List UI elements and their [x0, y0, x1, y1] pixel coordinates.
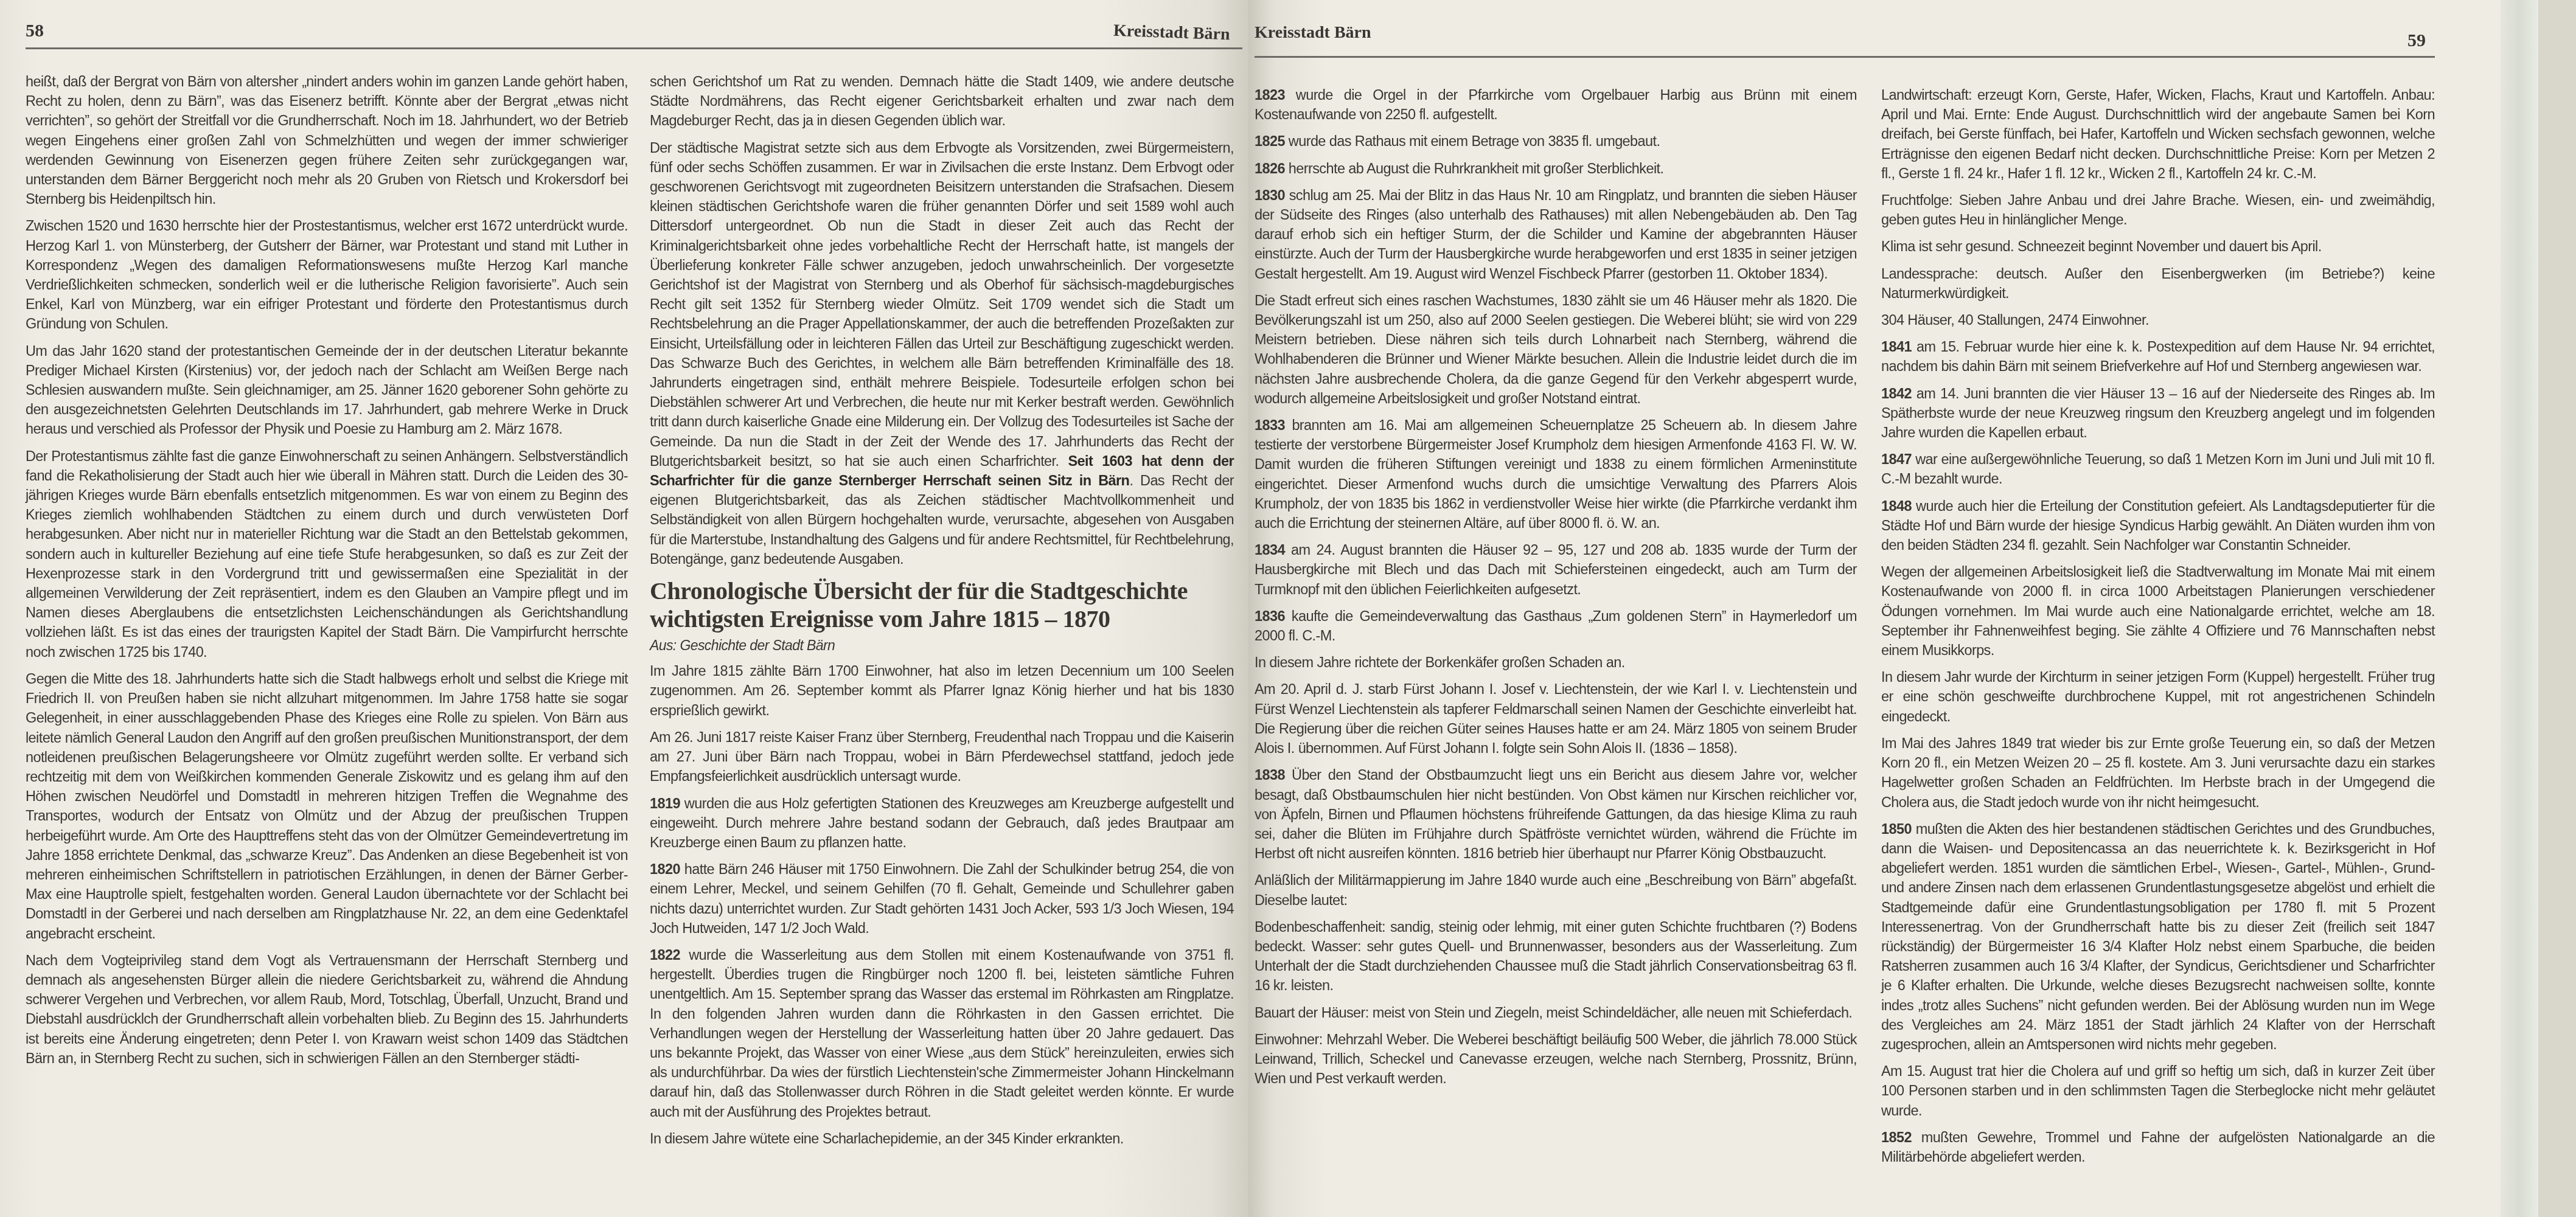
page-edge: [2501, 0, 2538, 1217]
paragraph-text: Der städtische Magistrat setzte sich aus…: [650, 140, 1234, 469]
chronology-entry: 1848 wurde auch hier die Erteilung der C…: [1881, 496, 2435, 555]
chronology-entry: Fruchtfolge: Sieben Jahre Anbau und drei…: [1881, 190, 2435, 229]
entry-text: wurde das Rathaus mit einem Betrage von …: [1285, 133, 1660, 149]
entry-year: 1850: [1881, 821, 1912, 837]
chronology-entry: Anläßlich der Militärmappierung im Jahre…: [1255, 870, 1857, 909]
chronology-entry: 1825 wurde das Rathaus mit einem Betrage…: [1255, 131, 1857, 151]
running-head-left: Kreisstadt Bärn: [1113, 21, 1231, 45]
entry-text: Über den Stand der Obstbaumzucht liegt u…: [1255, 767, 1857, 861]
chronology-source: Aus: Geschichte der Stadt Bärn: [650, 636, 1234, 655]
chronology-entry: Klima ist sehr gesund. Schneezeit beginn…: [1881, 237, 2435, 256]
right-page: Kreisstadt Bärn 59 1823 wurde die Orgel …: [1248, 0, 2538, 1217]
entry-text: schlug am 25. Mai der Blitz in das Haus …: [1255, 187, 1857, 282]
paragraph: Nach dem Vogteiprivileg stand dem Vogt a…: [26, 951, 628, 1068]
entry-text: Die Stadt erfreut sich eines raschen Wac…: [1255, 293, 1857, 406]
chronology-entry: In diesem Jahre wütete eine Scharlachepi…: [650, 1129, 1234, 1148]
paragraph: schen Gerichtshof um Rat zu wenden. Demn…: [650, 72, 1234, 131]
entry-text: hatte Bärn 246 Häuser mit 1750 Einwohner…: [650, 861, 1234, 936]
entry-year: 1830: [1255, 187, 1285, 203]
entry-text: mußten Gewehre, Trommel und Fahne der au…: [1881, 1129, 2435, 1165]
chronology-entry: 1830 schlug am 25. Mai der Blitz in das …: [1255, 185, 1857, 283]
chronology-entry: 1834 am 24. August brannten die Häuser 9…: [1255, 540, 1857, 599]
chronology-entry: 1820 hatte Bärn 246 Häuser mit 1750 Einw…: [650, 859, 1234, 938]
entry-text: In diesem Jahre richtete der Borkenkäfer…: [1255, 654, 1625, 670]
chronology-entry: Landwirtschaft: erzeugt Korn, Gerste, Ha…: [1881, 85, 2435, 183]
entry-text: Bauart der Häuser: meist von Stein und Z…: [1255, 1005, 1852, 1021]
header-rule-right: [1255, 56, 2435, 58]
entry-text: herrschte ab August die Ruhrkrankheit mi…: [1285, 161, 1664, 176]
entry-text: 304 Häuser, 40 Stallungen, 2474 Einwohne…: [1881, 312, 2149, 328]
chronology-entry: 1842 am 14. Juni brannten die vier Häuse…: [1881, 384, 2435, 443]
book-spread: 58 Kreisstadt Bärn heißt, daß der Bergra…: [0, 0, 2576, 1217]
entry-year: 1847: [1881, 451, 1912, 467]
entry-text: wurde auch hier die Erteilung der Consti…: [1881, 498, 2435, 553]
chronology-entry: 1823 wurde die Orgel in der Pfarrkirche …: [1255, 85, 1857, 124]
entry-year: 1833: [1255, 417, 1285, 433]
chronology-entry: 1852 mußten Gewehre, Trommel und Fahne d…: [1881, 1128, 2435, 1167]
entry-text: Wegen der allgemeinen Arbeitslosigkeit l…: [1881, 564, 2435, 658]
running-head-right: Kreisstadt Bärn: [1255, 23, 1371, 43]
entry-text: wurde die Wasserleitung aus dem Stollen …: [650, 947, 1234, 1120]
chronology-entry: Am 26. Juni 1817 reiste Kaiser Franz übe…: [650, 727, 1234, 786]
entry-text: kaufte die Gemeindeverwaltung das Gastha…: [1255, 608, 1857, 643]
entry-text: Klima ist sehr gesund. Schneezeit beginn…: [1881, 238, 2322, 254]
page-number-right: 59: [2407, 30, 2426, 51]
paragraph: Gegen die Mitte des 18. Jahrhunderts hat…: [26, 669, 628, 943]
entry-text: am 15. Februar wurde hier eine k. k. Pos…: [1881, 339, 2435, 374]
chronology-entry: Wegen der allgemeinen Arbeitslosigkeit l…: [1881, 562, 2435, 660]
chronology-entry: 1833 brannten am 16. Mai am allgemeinen …: [1255, 415, 1857, 533]
entry-text: In diesem Jahre wütete eine Scharlachepi…: [650, 1131, 1124, 1146]
chronology-entry: 1822 wurde die Wasserleitung aus dem Sto…: [650, 945, 1234, 1122]
column-4: Landwirtschaft: erzeugt Korn, Gerste, Ha…: [1881, 85, 2435, 1174]
header-rule-left: [26, 47, 1242, 49]
entry-year: 1842: [1881, 386, 1912, 401]
paragraph: heißt, daß der Bergrat von Bärn von alte…: [26, 72, 628, 209]
entry-text: Am 15. August trat hier die Cholera auf …: [1881, 1063, 2435, 1118]
entry-year: 1823: [1255, 87, 1285, 103]
chronology-entry: Am 15. August trat hier die Cholera auf …: [1881, 1061, 2435, 1120]
entry-text: am 24. August brannten die Häuser 92 – 9…: [1255, 542, 1857, 597]
entry-text: In diesem Jahr wurde der Kirchturm in se…: [1881, 669, 2435, 724]
chronology-entry: Am 20. April d. J. starb Fürst Johann I.…: [1255, 679, 1857, 758]
entry-year: 1838: [1255, 767, 1285, 783]
entry-year: 1825: [1255, 133, 1285, 149]
entry-year: 1826: [1255, 161, 1285, 176]
chronology-entry: In diesem Jahre richtete der Borkenkäfer…: [1255, 653, 1857, 672]
chronology-heading: Chronologische Übersicht der für die Sta…: [650, 577, 1234, 633]
paragraph-scharfrichter: Der städtische Magistrat setzte sich aus…: [650, 138, 1234, 569]
paragraph: Der Protestantismus zählte fast die ganz…: [26, 446, 628, 662]
left-page: 58 Kreisstadt Bärn heißt, daß der Bergra…: [0, 0, 1248, 1217]
entry-text: war eine außergewöhnliche Teuerung, so d…: [1881, 451, 2435, 487]
entry-year: 1836: [1255, 608, 1285, 624]
chronology-entry: 1841 am 15. Februar wurde hier eine k. k…: [1881, 337, 2435, 376]
column-3: 1823 wurde die Orgel in der Pfarrkirche …: [1255, 85, 1857, 1095]
entry-text: Im Mai des Jahres 1849 trat wieder bis z…: [1881, 735, 2435, 810]
chronology-entry: 1838 Über den Stand der Obstbaumzucht li…: [1255, 765, 1857, 863]
chronology-entry: Bauart der Häuser: meist von Stein und Z…: [1255, 1003, 1857, 1022]
chronology-entry: 1847 war eine außergewöhnliche Teuerung,…: [1881, 449, 2435, 488]
entry-text: brannten am 16. Mai am allgemeinen Scheu…: [1255, 417, 1857, 531]
entry-text: Bodenbeschaffenheit: sandig, steinig ode…: [1255, 919, 1857, 994]
entry-text: wurde die Orgel in der Pfarrkirche vom O…: [1255, 87, 1857, 122]
entry-text: Am 20. April d. J. starb Fürst Johann I.…: [1255, 681, 1857, 756]
chronology-entry: 1836 kaufte die Gemeindeverwaltung das G…: [1255, 606, 1857, 645]
chronology-entry: 1826 herrschte ab August die Ruhrkrankhe…: [1255, 159, 1857, 178]
entry-text: Landwirtschaft: erzeugt Korn, Gerste, Ha…: [1881, 87, 2435, 181]
entry-year: 1852: [1881, 1129, 1912, 1145]
chronology-entry: 304 Häuser, 40 Stallungen, 2474 Einwohne…: [1881, 310, 2435, 330]
column-1: heißt, daß der Bergrat von Bärn von alte…: [26, 72, 628, 1075]
entry-text: mußten die Akten des hier bestandenen st…: [1881, 821, 2435, 1052]
page-number-left: 58: [26, 21, 44, 41]
chronology-entry: In diesem Jahr wurde der Kirchturm in se…: [1881, 667, 2435, 726]
chronology-entry: Einwohner: Mehrzahl Weber. Die Weberei b…: [1255, 1030, 1857, 1089]
entry-text: Einwohner: Mehrzahl Weber. Die Weberei b…: [1255, 1032, 1857, 1086]
entry-year: 1848: [1881, 498, 1912, 514]
chronology-entry: 1819 wurden die aus Holz gefertigten Sta…: [650, 794, 1234, 853]
entry-text: Anläßlich der Militärmappierung im Jahre…: [1255, 872, 1857, 907]
chronology-entry: Bodenbeschaffenheit: sandig, steinig ode…: [1255, 917, 1857, 996]
entry-year: 1819: [650, 796, 680, 811]
paragraph: Um das Jahr 1620 stand der protestantisc…: [26, 341, 628, 439]
column-2: schen Gerichtshof um Rat zu wenden. Demn…: [650, 72, 1234, 1156]
entry-text: Fruchtfolge: Sieben Jahre Anbau und drei…: [1881, 192, 2435, 227]
entry-year: 1820: [650, 861, 680, 877]
entry-year: 1841: [1881, 339, 1912, 355]
chronology-entry: Im Jahre 1815 zählte Bärn 1700 Einwohner…: [650, 661, 1234, 720]
entry-text: Im Jahre 1815 zählte Bärn 1700 Einwohner…: [650, 663, 1234, 718]
entry-year: 1834: [1255, 542, 1285, 558]
entry-text: Am 26. Juni 1817 reiste Kaiser Franz übe…: [650, 729, 1234, 784]
entry-text: wurden die aus Holz gefertigten Statione…: [650, 796, 1234, 850]
chronology-entry: Im Mai des Jahres 1849 trat wieder bis z…: [1881, 733, 2435, 812]
paragraph: Zwischen 1520 und 1630 herrschte hier de…: [26, 216, 628, 333]
entry-text: Landessprache: deutsch. Außer den Eisenb…: [1881, 266, 2435, 301]
chronology-entry: 1850 mußten die Akten des hier bestanden…: [1881, 819, 2435, 1054]
chronology-entry: Landessprache: deutsch. Außer den Eisenb…: [1881, 264, 2435, 303]
entry-year: 1822: [650, 947, 680, 963]
entry-text: am 14. Juni brannten die vier Häuser 13 …: [1881, 386, 2435, 440]
chronology-entry: Die Stadt erfreut sich eines raschen Wac…: [1255, 291, 1857, 408]
